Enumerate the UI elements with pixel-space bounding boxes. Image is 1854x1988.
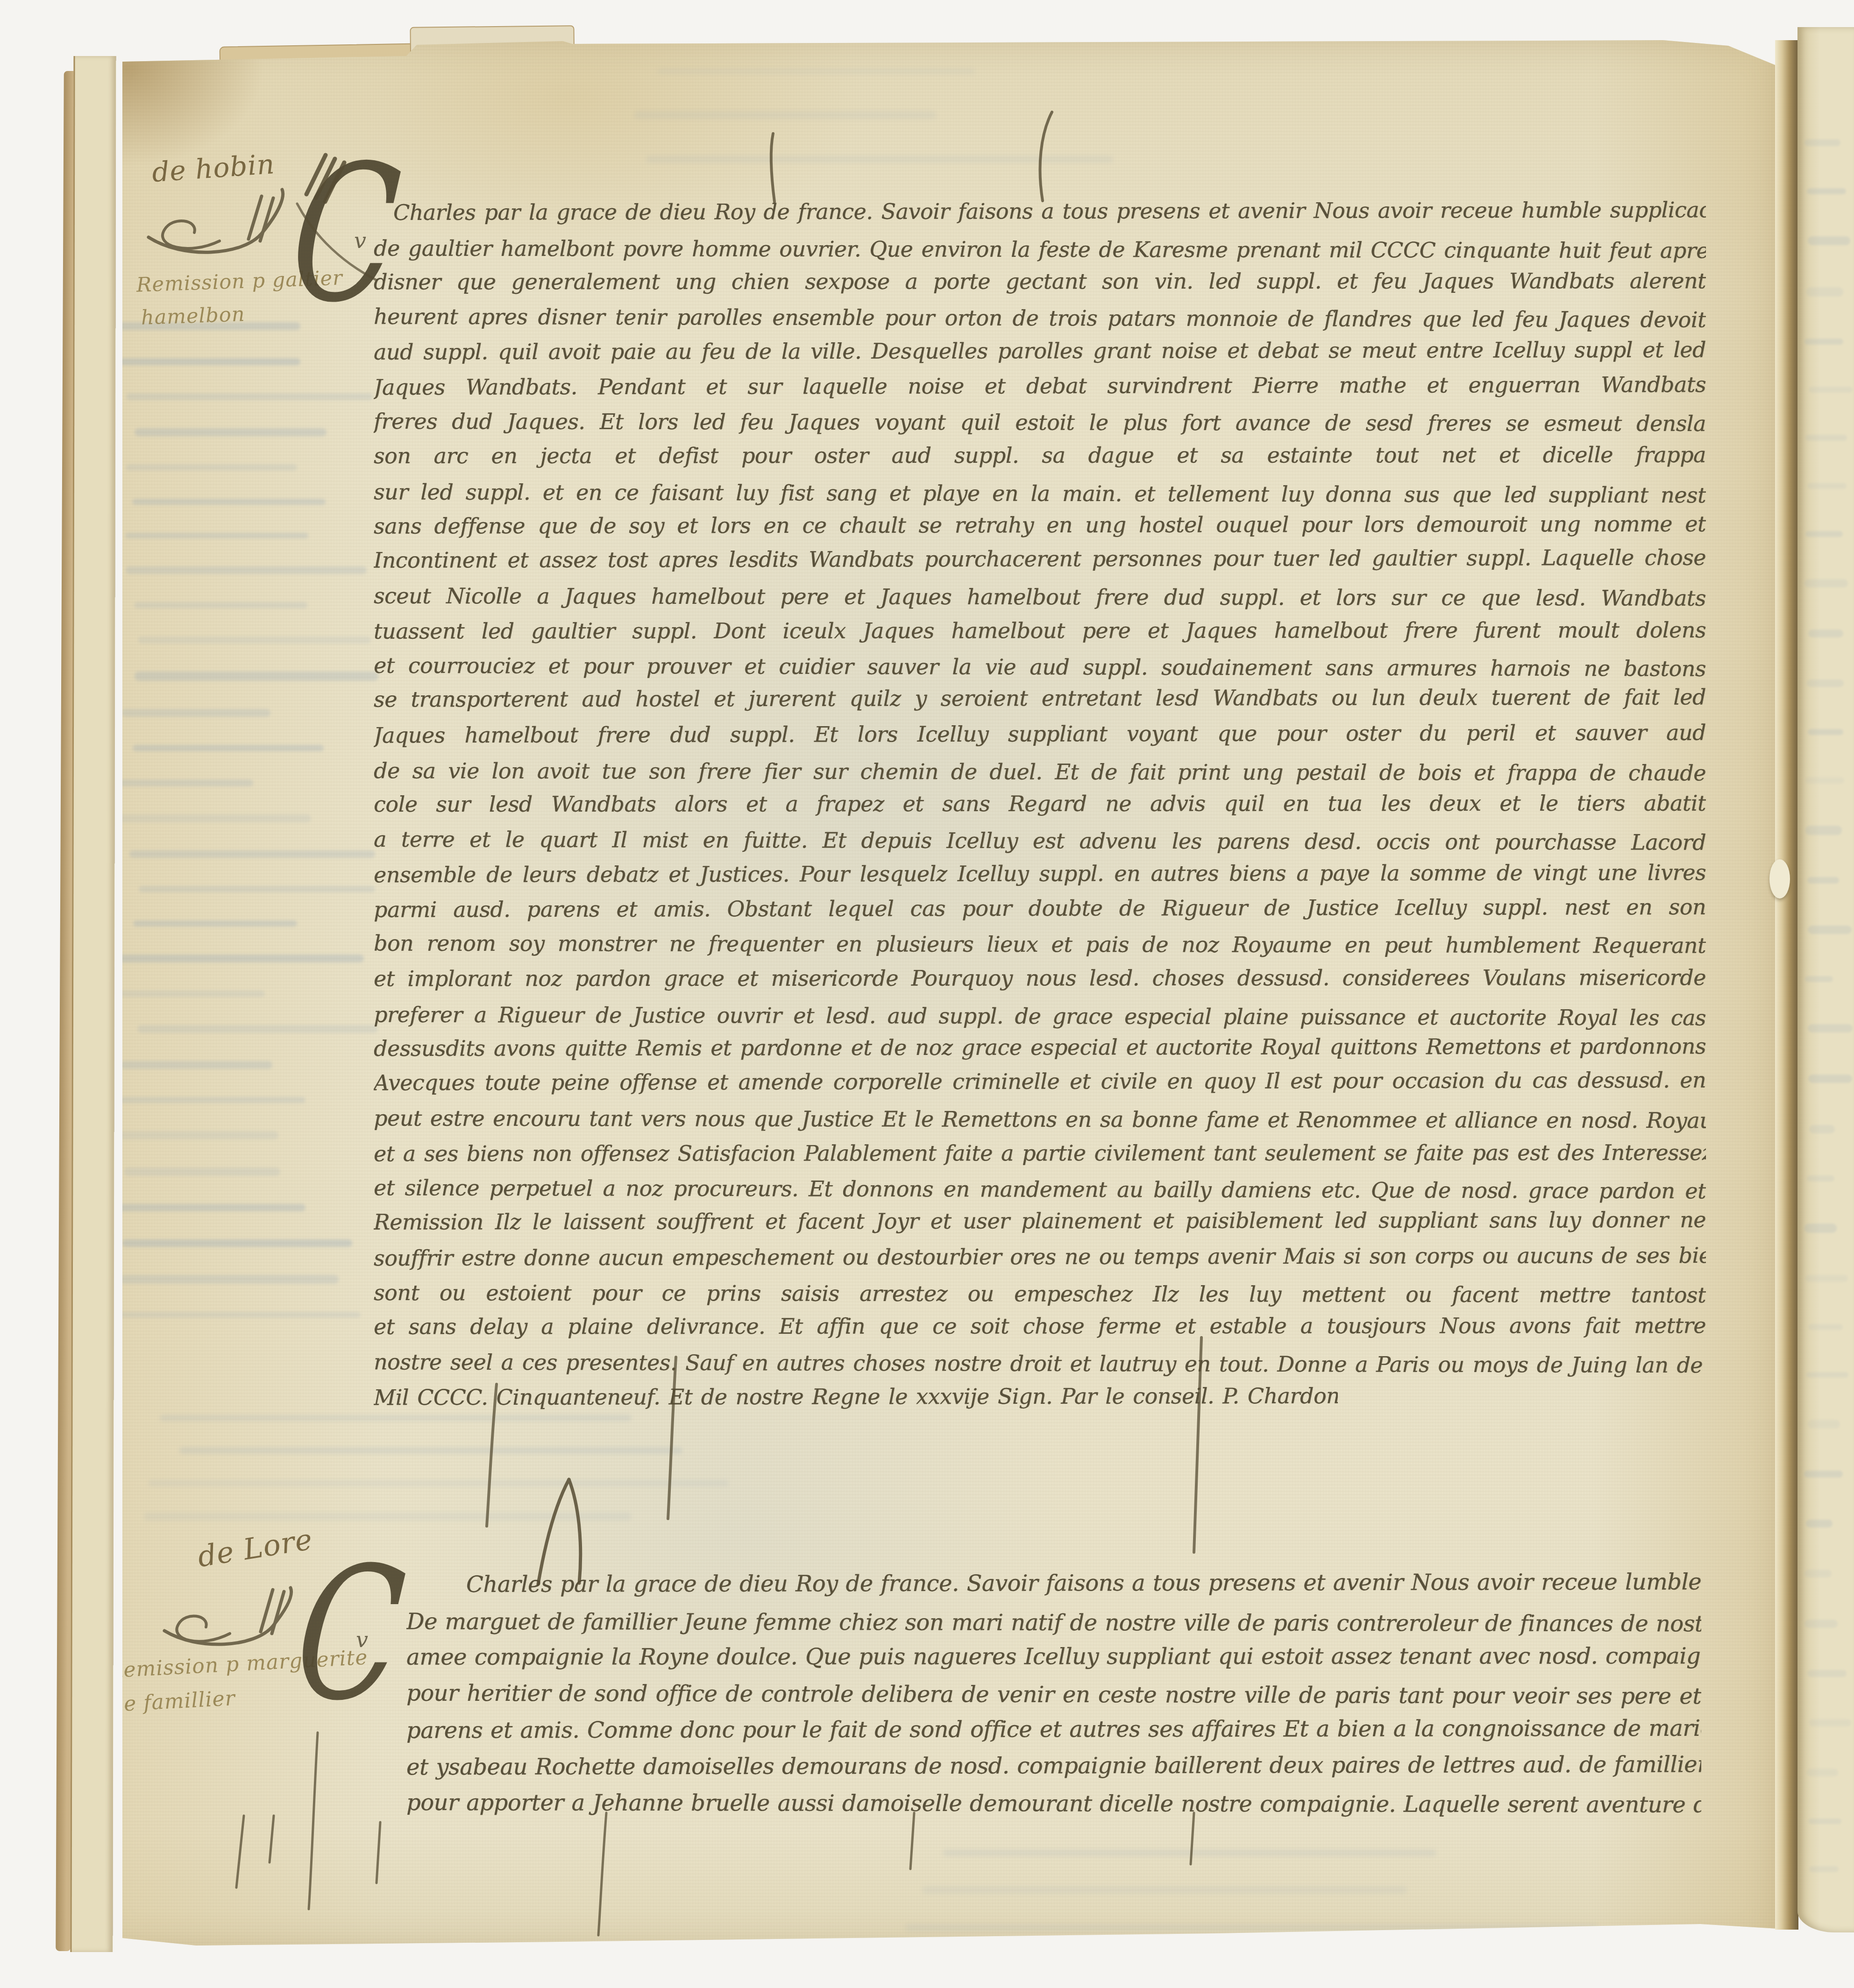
initial-letter-entry-2: C	[290, 1543, 411, 1726]
showthrough-next-folio	[1804, 139, 1849, 1914]
showthrough-bottom	[892, 1849, 1593, 1962]
margin-heading-entry-2: de Lore	[195, 1522, 315, 1574]
manuscript-photograph: de hobin Remission p galtier hamelbon C …	[0, 0, 1854, 1988]
showthrough-left-column	[110, 322, 362, 1346]
initial-scribal-mark: v	[356, 1627, 368, 1652]
binding-gutter-fold	[1775, 40, 1798, 1930]
entry-1-text: Charles par la grace de dieu Roy de fran…	[374, 195, 1706, 1415]
showthrough-between-entries	[126, 1415, 733, 1547]
showthrough-top	[603, 68, 1070, 199]
initial-scribal-mark: v	[354, 228, 366, 253]
next-folio-edge	[1797, 27, 1854, 1932]
manuscript-page: de hobin Remission p galtier hamelbon C …	[98, 40, 1779, 1946]
parchment-damage-nick	[1769, 859, 1790, 898]
margin-heading-entry-1: de hobin	[151, 148, 276, 188]
underlying-leaf-edge	[70, 56, 116, 1952]
margin-note-entry-2: de famillier	[110, 1686, 236, 1717]
photograph-backdrop: { "colors":{ "backdrop":"#f5f4f1", "parc…	[0, 0, 1854, 1988]
entry-2-text: Charles par la grace de dieu Roy de fran…	[406, 1566, 1701, 1821]
margin-note-entry-1: hamelbon	[141, 303, 245, 330]
